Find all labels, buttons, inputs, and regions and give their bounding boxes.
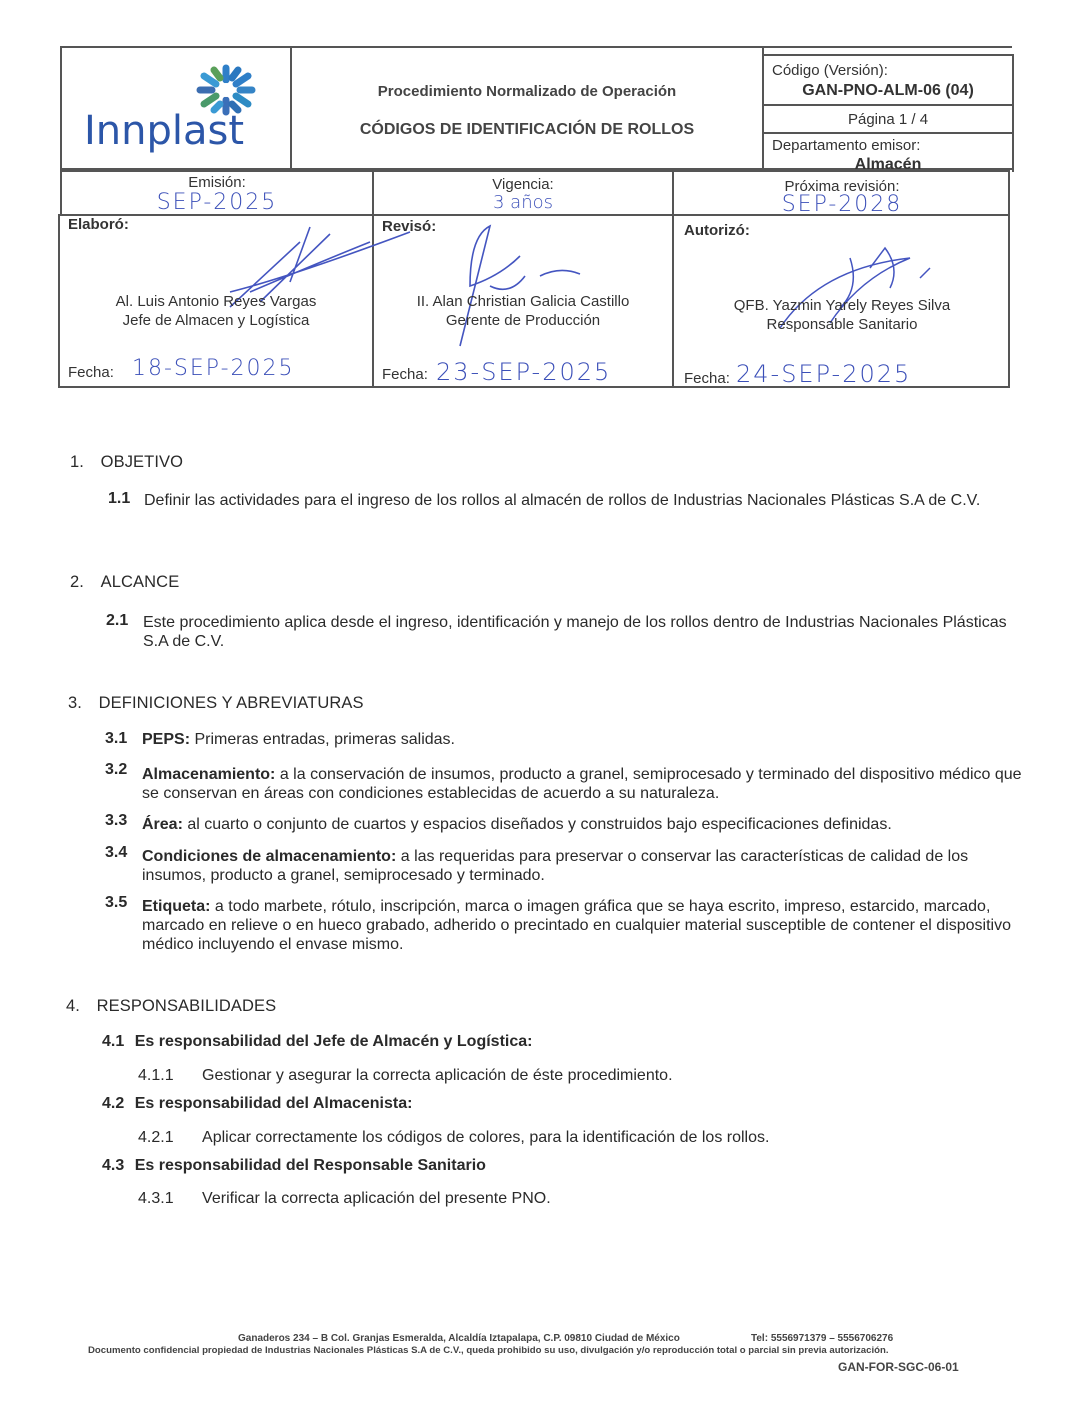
emission-label: Emisión: (62, 174, 372, 191)
autorizo-label: Autorizó: (684, 222, 750, 239)
document-type: Procedimiento Normalizado de Operación (292, 83, 762, 100)
department-box: Departamento emisor: Almacén (764, 132, 1014, 172)
dates-row: Emisión: SEP-2025 Vigencia: 3 años Próxi… (60, 170, 1010, 216)
signature-reviso-icon (430, 216, 630, 356)
autorizo-date-value: 24-SEP-2025 (736, 360, 911, 388)
section-title: RESPONSABILIDADES (97, 997, 277, 1015)
item-3-3-num: 3.3 (105, 811, 127, 830)
document-title: CÓDIGOS DE IDENTIFICACIÓN DE ROLLOS (292, 121, 762, 139)
section-title: ALCANCE (101, 573, 180, 591)
sub-number: 4.2.1 (138, 1129, 174, 1146)
definition: Primeras entradas, primeras salidas. (190, 731, 455, 748)
reviso-date-label: Fecha: (382, 366, 428, 383)
code-box: Código (Versión): GAN-PNO-ALM-06 (04) (764, 54, 1014, 106)
item-2-1-text: Este procedimiento aplica desde el ingre… (143, 613, 1013, 651)
item-4-1-1: 4.1.1 Gestionar y asegurar la correcta a… (138, 1066, 673, 1085)
logo-text: Innplast (84, 108, 244, 154)
elaboro-position: Jefe de Almacen y Logística (60, 311, 372, 330)
section-3-heading: 3. DEFINICIONES Y ABREVIATURAS (68, 694, 364, 713)
footer-address: Ganaderos 234 – B Col. Granjas Esmeralda… (238, 1333, 680, 1344)
item-3-4-num: 3.4 (105, 843, 127, 862)
reviso-date-value: 23-SEP-2025 (436, 358, 611, 386)
term: Etiqueta: (142, 898, 210, 915)
sub-text: Verificar la correcta aplicación del pre… (202, 1190, 551, 1207)
sub-number: 4.3.1 (138, 1190, 174, 1207)
definition: a todo marbete, rótulo, inscripción, mar… (142, 898, 1011, 953)
item-2-1-num: 2.1 (106, 611, 128, 630)
item-3-3-text: Área: al cuarto o conjunto de cuartos y … (142, 815, 1022, 834)
elaboro-label: Elaboró: (68, 216, 129, 233)
item-3-1-text: PEPS: Primeras entradas, primeras salida… (142, 730, 1022, 749)
section-number: 2. (70, 573, 84, 591)
department-label: Departamento emisor: (772, 137, 920, 154)
section-number: 1. (70, 453, 84, 471)
definition: al cuarto o conjunto de cuartos y espaci… (183, 816, 892, 833)
section-4-heading: 4. RESPONSABILIDADES (66, 997, 276, 1016)
signatures-row: Elaboró: Al. Luis Antonio Reyes Vargas J… (58, 214, 1010, 388)
reviso-name: II. Alan Christian Galicia Castillo (374, 292, 672, 311)
term: Almacenamiento: (142, 766, 275, 783)
item-number: 4.3 (102, 1157, 124, 1174)
item-3-4-text: Condiciones de almacenamiento: a las req… (142, 847, 1022, 885)
footer-form-code: GAN-FOR-SGC-06-01 (838, 1360, 959, 1374)
document-header: Innplast Procedimiento Normalizado de Op… (60, 46, 1012, 170)
logo-cell: Innplast (62, 48, 292, 170)
validity-value: 3 años (374, 192, 672, 213)
autorizo-date-label: Fecha: (684, 370, 730, 387)
term: PEPS: (142, 731, 190, 748)
item-title: Es responsabilidad del Responsable Sanit… (135, 1157, 486, 1174)
elaboro-name: Al. Luis Antonio Reyes Vargas (60, 292, 372, 311)
sub-text: Gestionar y asegurar la correcta aplicac… (202, 1067, 672, 1084)
code-label: Código (Versión): (772, 62, 888, 79)
sub-text: Aplicar correctamente los códigos de col… (202, 1129, 769, 1146)
item-1-1-text: Definir las actividades para el ingreso … (144, 491, 1034, 510)
elaboro-date-label: Fecha: (68, 364, 114, 381)
item-3-5-num: 3.5 (105, 893, 127, 912)
item-4-2-title: 4.2 Es responsabilidad del Almacenista: (102, 1094, 412, 1113)
term: Condiciones de almacenamiento: (142, 848, 396, 865)
footer-phone: Tel: 5556971379 – 5556706276 (751, 1333, 893, 1344)
item-3-2-num: 3.2 (105, 760, 127, 779)
metadata-cell: Código (Versión): GAN-PNO-ALM-06 (04) Pá… (764, 54, 1016, 170)
item-1-1-num: 1.1 (108, 489, 130, 508)
autorizo-name: QFB. Yazmin Yarely Reyes Silva (674, 296, 1010, 315)
title-cell: Procedimiento Normalizado de Operación C… (292, 48, 764, 170)
term: Área: (142, 816, 183, 833)
elaboro-date-value: 18-SEP-2025 (132, 356, 295, 381)
item-3-1-num: 3.1 (105, 729, 127, 748)
item-title: Es responsabilidad del Jefe de Almacén y… (135, 1033, 533, 1050)
item-4-1-title: 4.1 Es responsabilidad del Jefe de Almac… (102, 1032, 532, 1051)
item-number: 4.1 (102, 1033, 124, 1050)
section-number: 3. (68, 694, 82, 712)
reviso-position: Gerente de Producción (374, 311, 672, 330)
footer-confidential: Documento confidencial propiedad de Indu… (88, 1345, 978, 1356)
item-3-2-text: Almacenamiento: a la conservación de ins… (142, 765, 1022, 803)
section-title: DEFINICIONES Y ABREVIATURAS (99, 694, 364, 712)
reviso-label: Revisó: (382, 218, 436, 235)
page-box: Página 1 / 4 (764, 104, 1014, 134)
section-title: OBJETIVO (101, 453, 183, 471)
code-value: GAN-PNO-ALM-06 (04) (764, 82, 1012, 100)
section-1-heading: 1. OBJETIVO (70, 453, 183, 472)
item-4-3-title: 4.3 Es responsabilidad del Responsable S… (102, 1156, 486, 1175)
item-number: 4.2 (102, 1095, 124, 1112)
autorizo-position: Responsable Sanitario (674, 315, 1010, 334)
page-number: Página 1 / 4 (764, 111, 1012, 128)
item-3-5-text: Etiqueta: a todo marbete, rótulo, inscri… (142, 897, 1022, 954)
section-number: 4. (66, 997, 80, 1015)
item-title: Es responsabilidad del Almacenista: (135, 1095, 413, 1112)
item-4-3-1: 4.3.1 Verificar la correcta aplicación d… (138, 1189, 551, 1208)
validity-label: Vigencia: (374, 176, 672, 193)
item-4-2-1: 4.2.1 Aplicar correctamente los códigos … (138, 1128, 769, 1147)
sub-number: 4.1.1 (138, 1067, 174, 1084)
emission-value: SEP-2025 (62, 190, 372, 215)
section-2-heading: 2. ALCANCE (70, 573, 179, 592)
